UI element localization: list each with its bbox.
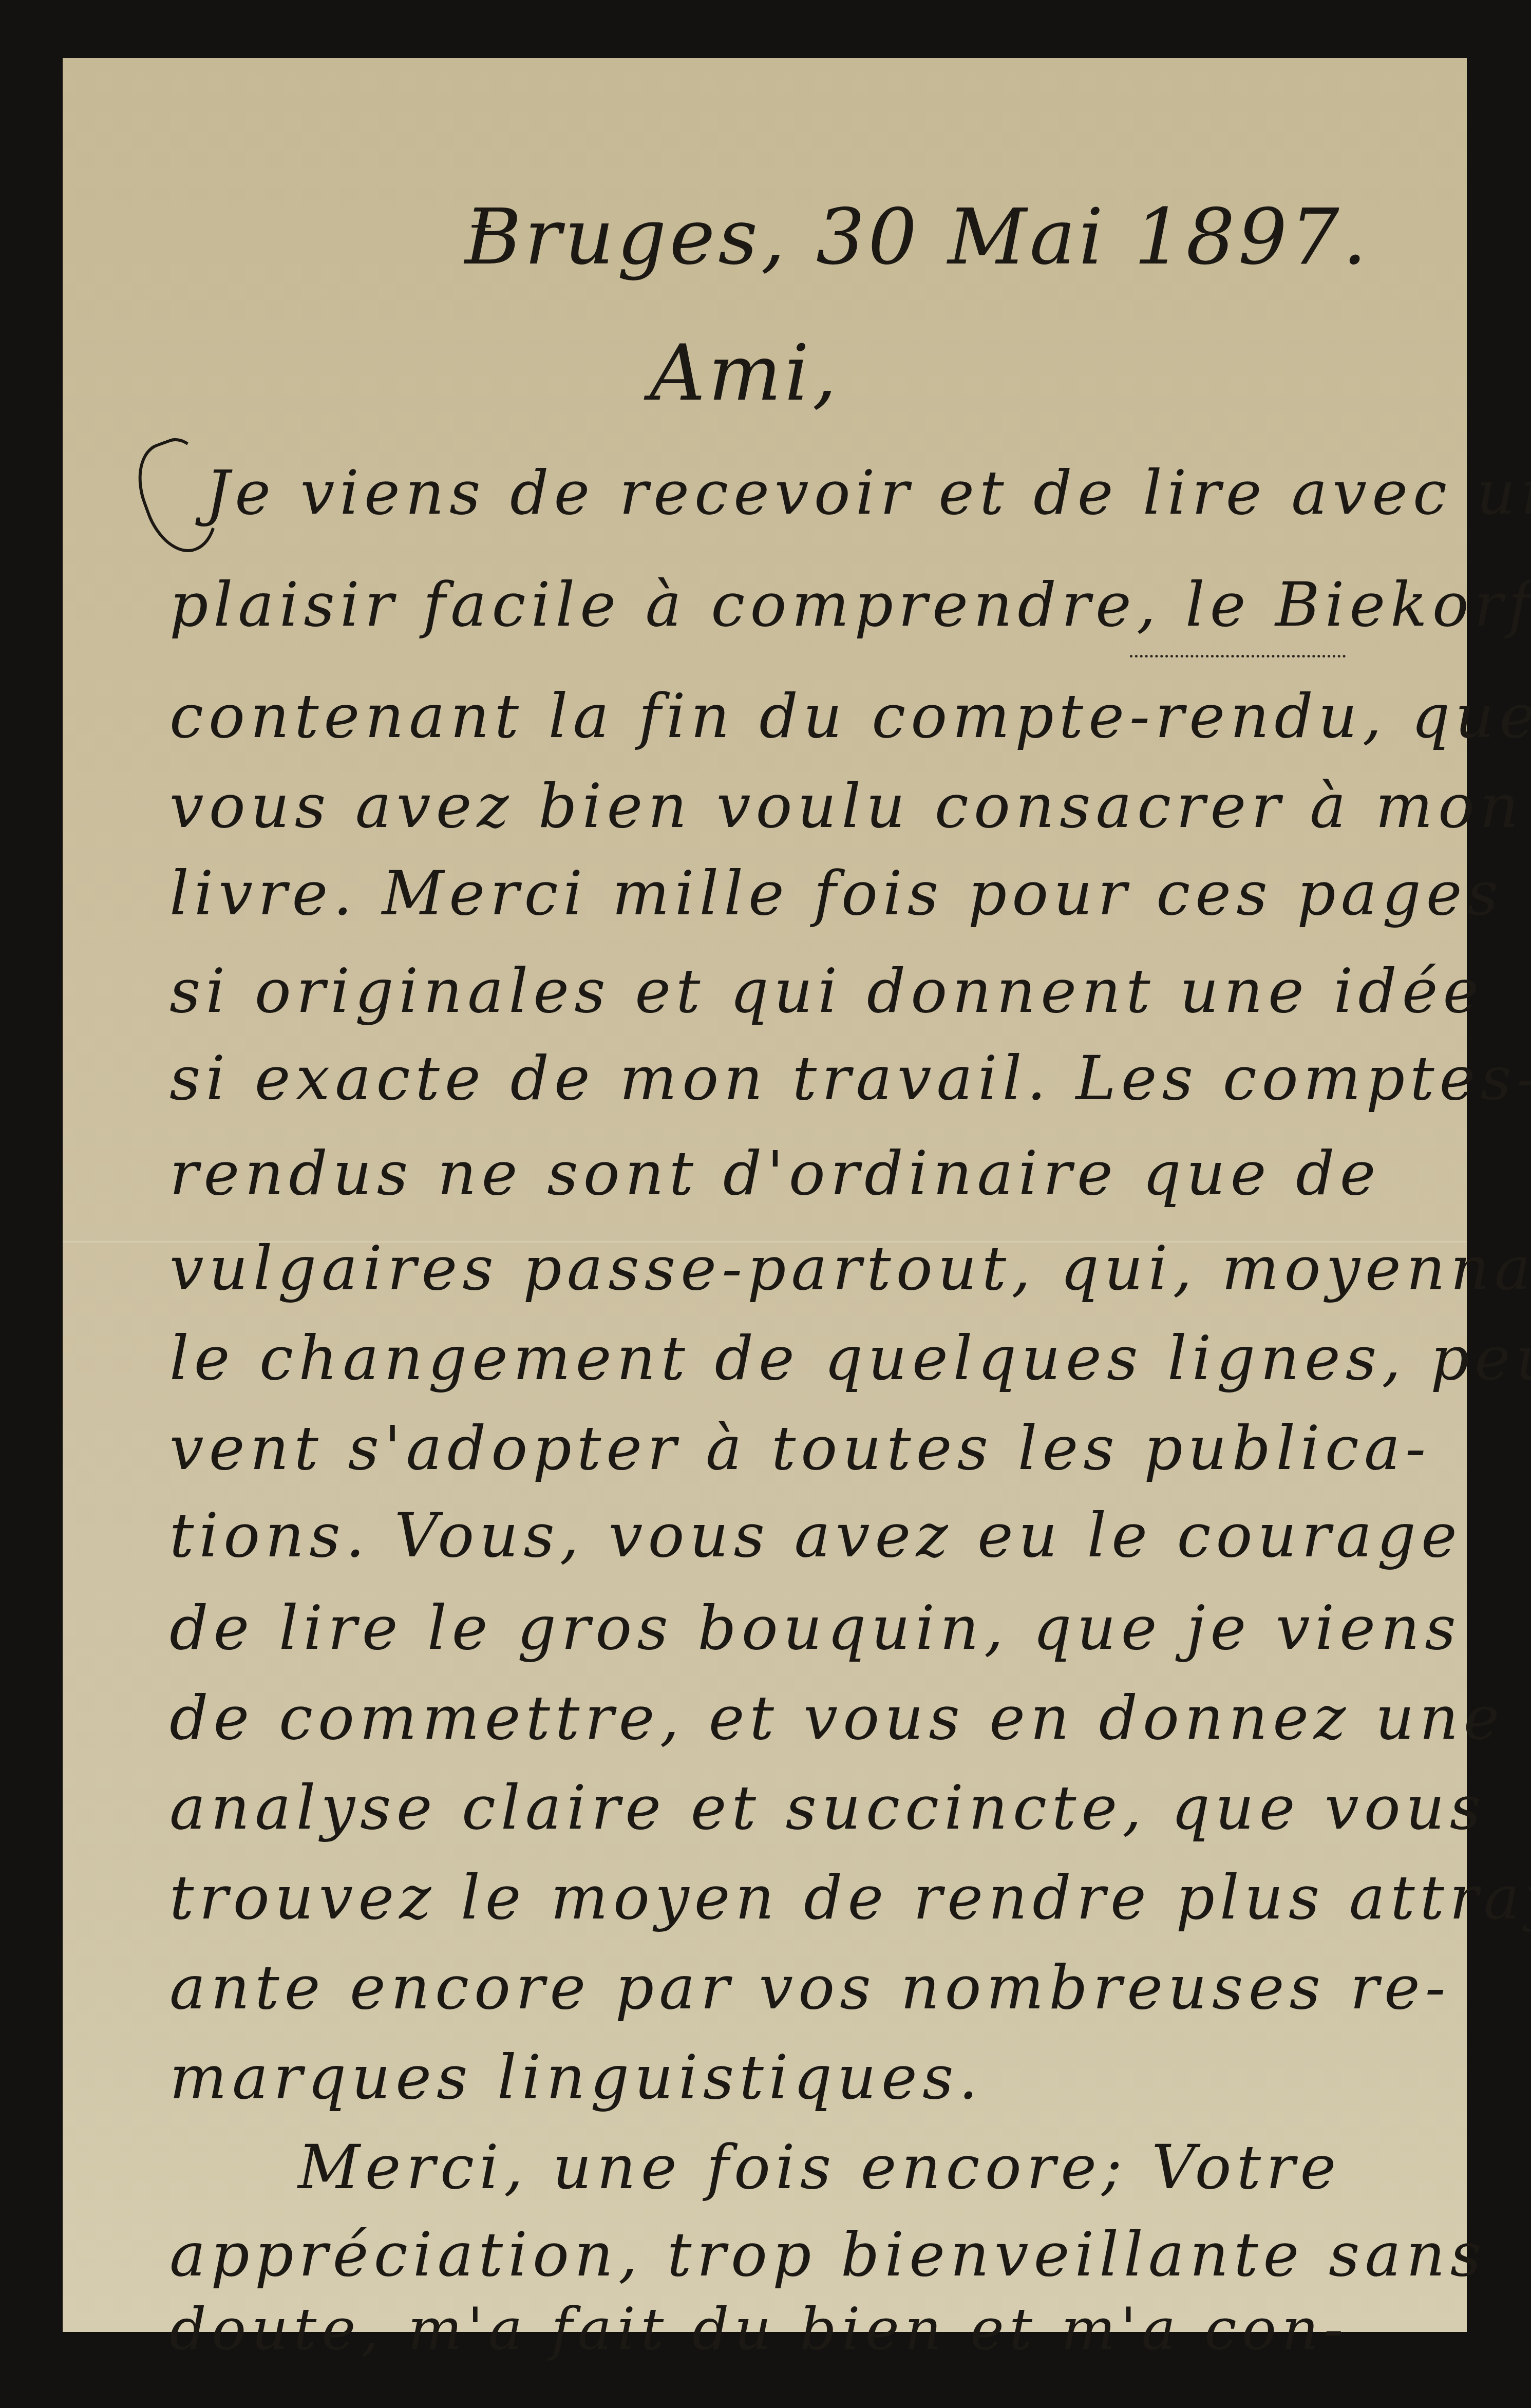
letter-line-20: appréciation, trop bienveillante sans [169,2219,1486,2290]
dateline: Bruges, 30 Mai 1897. [465,193,1370,282]
letter-line-1: Je viens de recevoir et de lire avec un [205,457,1531,528]
letter-line-5: livre. Merci mille fois pour ces pages [169,858,1503,929]
letter-line-17: ante encore par vos nombreuses re- [169,1952,1451,2023]
letter-line-3: contenant la fin du compte-rendu, que [169,681,1531,751]
letter-line-16: trouvez le moyen de rendre plus attray- [169,1862,1531,1933]
letter-line-19: Merci, une fois encore; Votre [298,2132,1341,2203]
letter-line-21: doute, m'a fait du bien et m'a con- [169,2296,1348,2363]
letter-line-12: tions. Vous, vous avez eu le courage [169,1500,1462,1571]
salutation: Ami, [650,329,840,418]
letter-line-2: plaisir facile à comprendre, le Biekorf [169,569,1531,640]
letter-line-13: de lire le gros bouquin, que je viens [169,1592,1461,1663]
letter-line-7: si exacte de mon travail. Les comptes- [169,1043,1531,1114]
letter-line-4: vous avez bien voulu consacrer à mon [169,770,1524,841]
letter-line-14: de commettre, et vous en donnez une [169,1682,1505,1753]
letter-line-15: analyse claire et succincte, que vous [169,1772,1486,1843]
letter-line-8: rendus ne sont d'ordinaire que de [169,1138,1381,1209]
letter-line-11: vent s'adopter à toutes les publica- [169,1413,1431,1483]
biekorf-underline [1130,655,1346,657]
letter-line-18: marques linguistiques. [169,2042,983,2113]
letter-line-9: vulgaires passe-partout, qui, moyennant [169,1233,1531,1304]
letter-line-10: le changement de quelques lignes, peu- [169,1323,1531,1394]
letter-line-6: si originales et qui donnent une idée [169,955,1484,1026]
